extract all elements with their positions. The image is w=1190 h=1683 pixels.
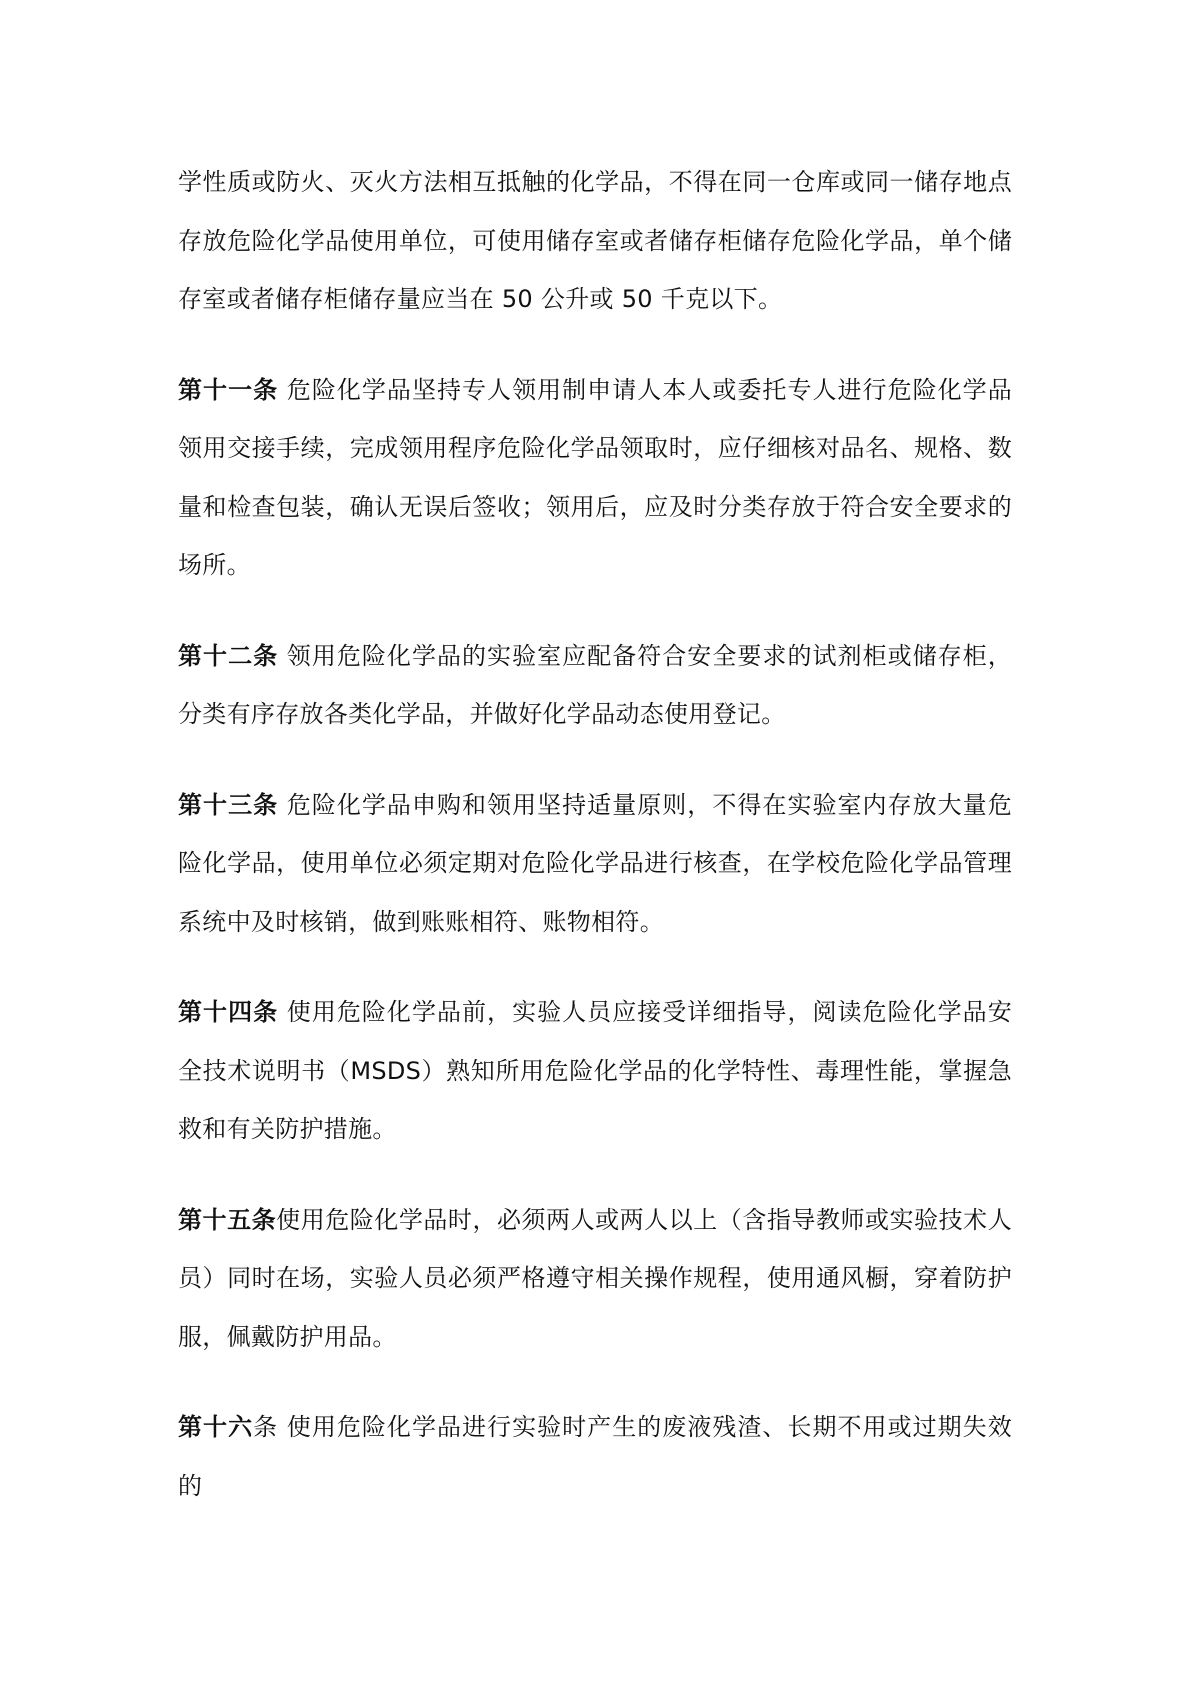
article-number: 第十一条 xyxy=(178,376,278,404)
article-text: 危险化学品申购和领用坚持适量原则，不得在实验室内存放大量危险化学品，使用单位必须… xyxy=(178,791,1012,936)
article-number: 第十六 xyxy=(178,1413,253,1441)
article-text: 危险化学品坚持专人领用制申请人本人或委托专人进行危险化学品领用交接手续，完成领用… xyxy=(178,376,1012,580)
article-paragraph: 第十二条 领用危险化学品的实验室应配备符合安全要求的试剂柜或储存柜，分类有序存放… xyxy=(178,627,1012,744)
article-text: 条 使用危险化学品进行实验时产生的废液残渣、长期不用或过期失效的 xyxy=(178,1413,1012,1500)
article-paragraph: 第十五条使用危险化学品时，必须两人或两人以上（含指导教师或实验技术人员）同时在场… xyxy=(178,1191,1012,1367)
article-number: 第十三条 xyxy=(178,791,278,819)
article-text: 学性质或防火、灭火方法相互抵触的化学品，不得在同一仓库或同一储存地点存放危险化学… xyxy=(178,168,1012,313)
article-text: 使用危险化学品前，实验人员应接受详细指导，阅读危险化学品安全技术说明书（MSDS… xyxy=(178,998,1012,1143)
article-number: 第十四条 xyxy=(178,998,278,1026)
article-paragraph: 学性质或防火、灭火方法相互抵触的化学品，不得在同一仓库或同一储存地点存放危险化学… xyxy=(178,153,1012,329)
article-paragraph: 第十四条 使用危险化学品前，实验人员应接受详细指导，阅读危险化学品安全技术说明书… xyxy=(178,983,1012,1159)
article-paragraph: 第十六条 使用危险化学品进行实验时产生的废液残渣、长期不用或过期失效的 xyxy=(178,1398,1012,1515)
article-text: 领用危险化学品的实验室应配备符合安全要求的试剂柜或储存柜，分类有序存放各类化学品… xyxy=(178,642,1012,729)
article-paragraph: 第十三条 危险化学品申购和领用坚持适量原则，不得在实验室内存放大量危险化学品，使… xyxy=(178,776,1012,952)
article-number: 第十二条 xyxy=(178,642,278,670)
article-text: 使用危险化学品时，必须两人或两人以上（含指导教师或实验技术人员）同时在场，实验人… xyxy=(178,1206,1012,1351)
article-paragraph: 第十一条 危险化学品坚持专人领用制申请人本人或委托专人进行危险化学品领用交接手续… xyxy=(178,361,1012,595)
document-page: 学性质或防火、灭火方法相互抵触的化学品，不得在同一仓库或同一储存地点存放危险化学… xyxy=(0,0,1190,1683)
document-body: 学性质或防火、灭火方法相互抵触的化学品，不得在同一仓库或同一储存地点存放危险化学… xyxy=(178,153,1012,1547)
article-number: 第十五条 xyxy=(178,1206,276,1234)
